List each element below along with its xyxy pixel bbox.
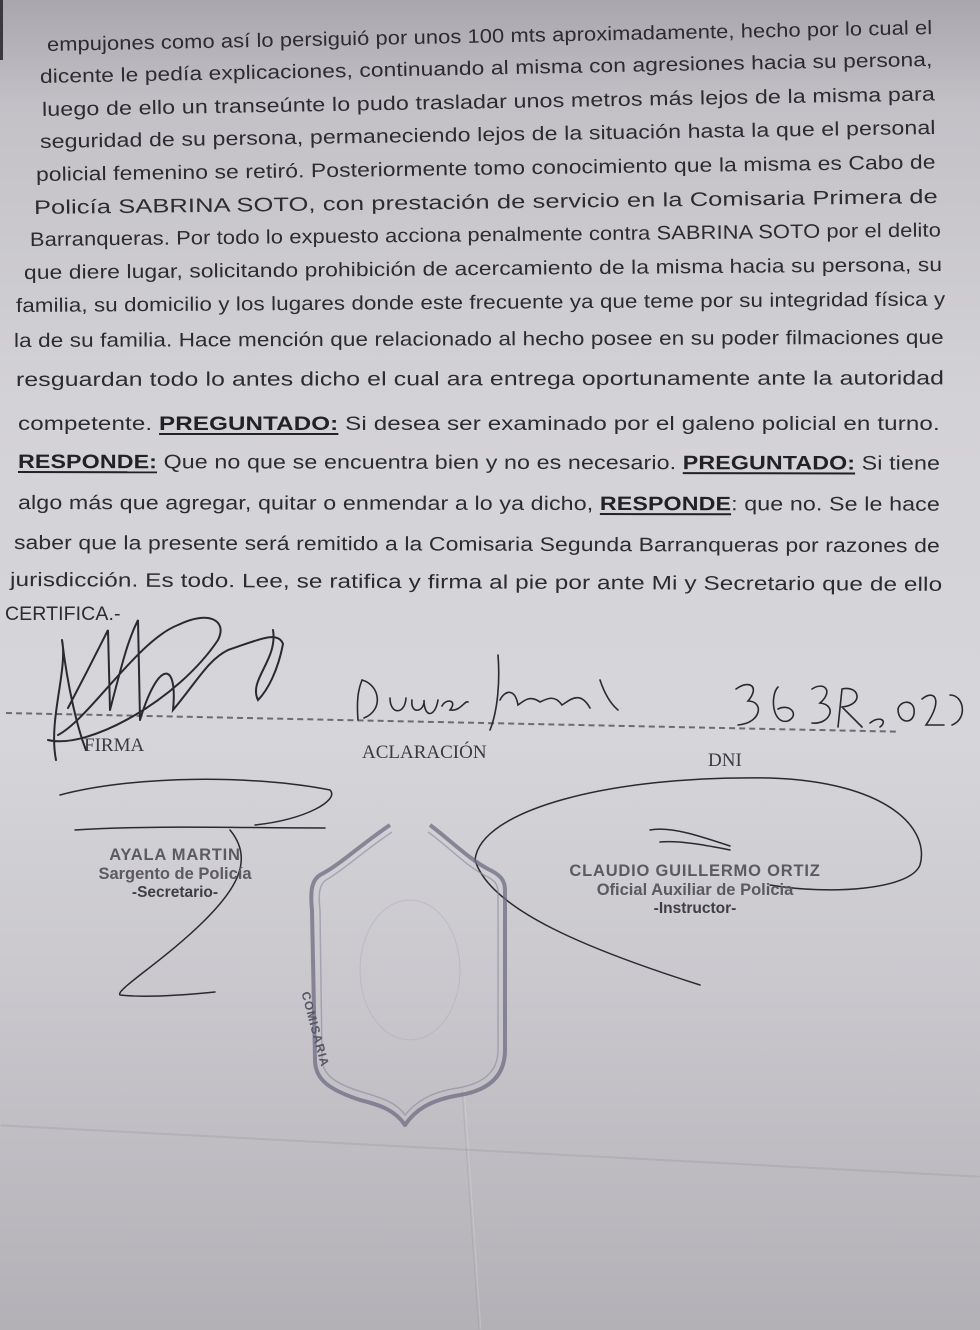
text-segment: policial femenino se retiró. Posteriorme… xyxy=(36,151,936,186)
secretario-stamp: AYALA MARTIN Sargento de Policía -Secret… xyxy=(70,846,280,902)
text-segment: algo más que agregar, quitar o enmendar … xyxy=(18,492,600,515)
page-edge-shadow xyxy=(0,0,3,60)
aclaracion-handwritten xyxy=(350,650,650,730)
label-emphasis: RESPONDE: xyxy=(18,451,157,473)
text-segment: luego de ello un transeúnte lo pudo tras… xyxy=(42,83,935,121)
body-line: Barranqueras. Por todo lo expuesto accio… xyxy=(30,219,941,252)
firma-label: FIRMA xyxy=(84,735,144,757)
body-line: familia, su domicilio y los lugares dond… xyxy=(16,289,945,318)
official-role: -Secretario- xyxy=(70,884,280,902)
body-line: Policía SABRINA SOTO, con prestación de … xyxy=(34,186,938,220)
body-line: competente. PREGUNTADO: Si desea ser exa… xyxy=(18,413,940,436)
text-segment: Barranqueras. Por todo lo expuesto accio… xyxy=(30,219,941,251)
official-role: -Instructor- xyxy=(540,900,850,918)
body-line: saber que la presente será remitido a la… xyxy=(14,532,940,558)
signature-scribble xyxy=(28,600,298,770)
text-segment: resguardan todo lo antes dicho el cual a… xyxy=(16,367,944,391)
text-segment: Que no que se encuentra bien y no es nec… xyxy=(157,451,683,474)
body-line: resguardan todo lo antes dicho el cual a… xyxy=(16,367,944,392)
text-segment: la de su familia. Hace mención que relac… xyxy=(14,327,944,352)
text-segment: competente. xyxy=(18,413,159,435)
body-line: que diere lugar, solicitando prohibición… xyxy=(24,254,942,285)
body-line: seguridad de su persona, permaneciendo l… xyxy=(40,117,936,154)
label-emphasis: PREGUNTADO: xyxy=(683,452,855,474)
official-rank: Oficial Auxiliar de Policia xyxy=(540,881,850,900)
text-segment: que diere lugar, solicitando prohibición… xyxy=(24,254,942,284)
dni-label: DNI xyxy=(708,750,742,772)
text-segment: Policía SABRINA SOTO, con prestación de … xyxy=(34,186,938,219)
text-segment: saber que la presente será remitido a la… xyxy=(14,532,940,557)
aclaracion-label: ACLARACIÓN xyxy=(362,742,487,764)
official-rank: Sargento de Policía xyxy=(70,865,280,884)
dni-handwritten xyxy=(730,675,970,735)
text-segment: Si desea ser examinado por el galeno pol… xyxy=(338,413,939,435)
police-seal-stamp xyxy=(300,820,520,1140)
body-line: RESPONDE: Que no que se encuentra bien y… xyxy=(18,451,940,476)
body-line: policial femenino se retiró. Posteriorme… xyxy=(36,151,936,187)
text-segment: : que no. Se le hace xyxy=(731,493,940,515)
body-line: algo más que agregar, quitar o enmendar … xyxy=(18,492,940,517)
text-segment: jurisdicción. Es todo. Lee, se ratifica … xyxy=(10,569,942,596)
official-name: AYALA MARTIN xyxy=(70,846,280,865)
instructor-stamp: CLAUDIO GUILLERMO ORTIZ Oficial Auxiliar… xyxy=(540,862,850,918)
text-segment: seguridad de su persona, permaneciendo l… xyxy=(40,117,936,153)
text-segment: familia, su domicilio y los lugares dond… xyxy=(16,289,945,317)
body-line: dicente le pedía explicaciones, continua… xyxy=(40,49,933,89)
body-line: jurisdicción. Es todo. Lee, se ratifica … xyxy=(10,569,942,597)
text-segment: empujones como así lo persiguió por unos… xyxy=(47,17,933,56)
official-name: CLAUDIO GUILLERMO ORTIZ xyxy=(540,862,850,881)
body-line: la de su familia. Hace mención que relac… xyxy=(14,327,944,353)
text-segment: Si tiene xyxy=(855,452,940,474)
label-emphasis: PREGUNTADO: xyxy=(159,413,338,435)
body-line: luego de ello un transeúnte lo pudo tras… xyxy=(42,83,935,122)
label-emphasis: RESPONDE xyxy=(600,493,731,515)
text-segment: dicente le pedía explicaciones, continua… xyxy=(40,49,933,88)
